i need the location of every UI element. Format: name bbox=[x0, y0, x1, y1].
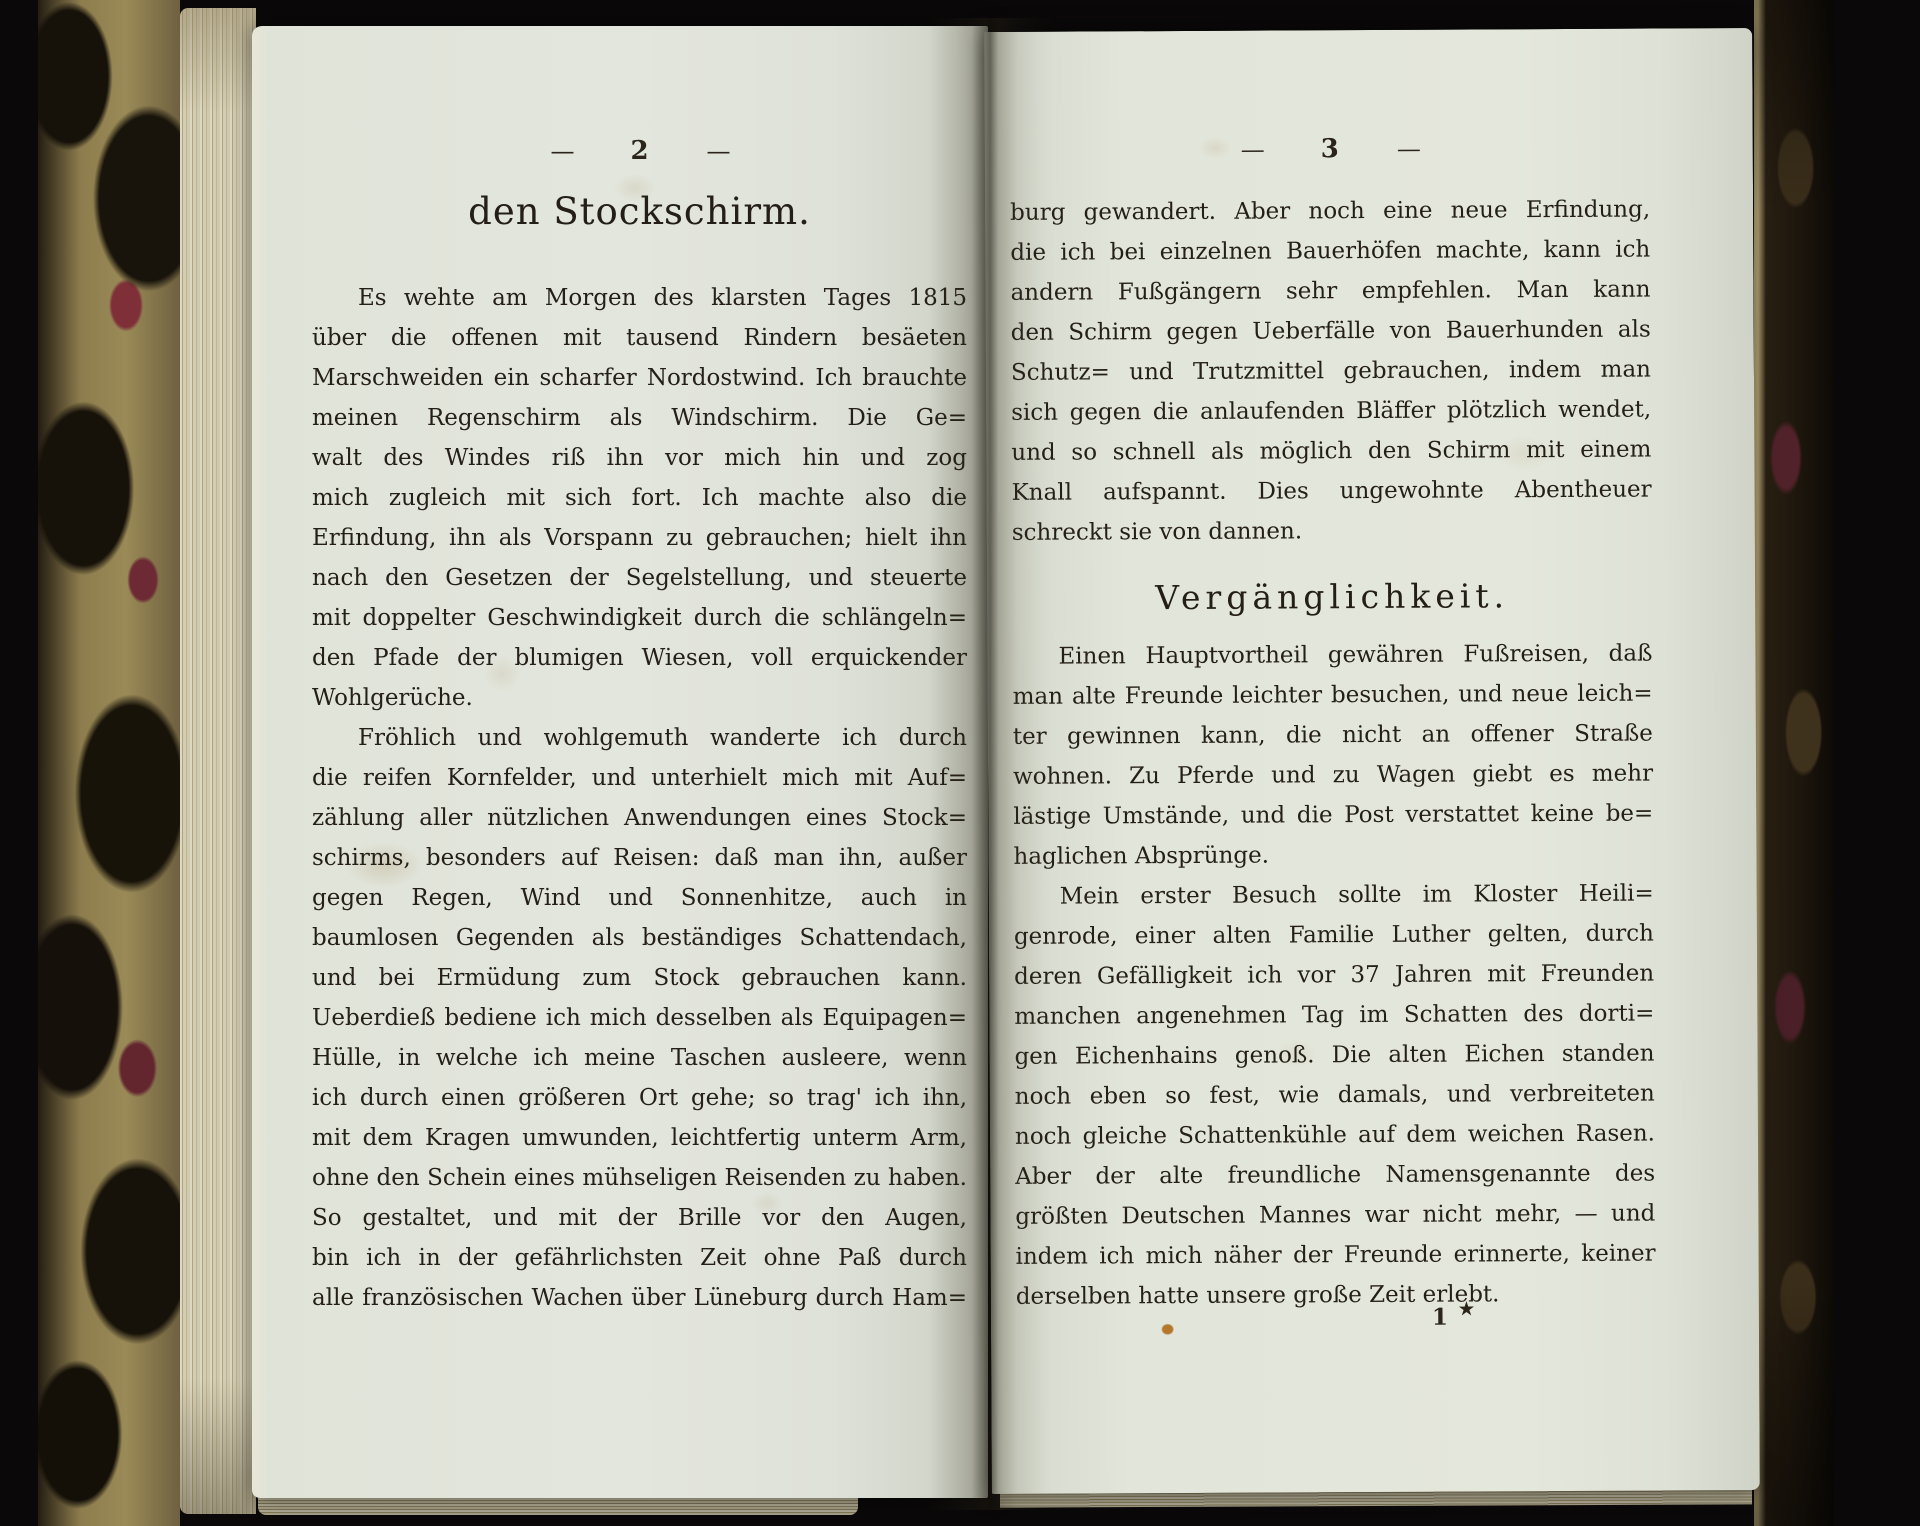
text-line: noch gleiche Schattenkühle auf dem weich… bbox=[1015, 1114, 1655, 1157]
page-number-right: 3 bbox=[1321, 134, 1339, 164]
text-line: ich durch einen größeren Ort gehe; so tr… bbox=[312, 1078, 967, 1118]
text-line: deren Gefälligkeit ich vor 37 Jahren mit… bbox=[1014, 954, 1654, 997]
text-line: den Schirm gegen Ueberfälle von Bauerhun… bbox=[1011, 310, 1651, 353]
text-line: indem ich mich näher der Freunde erinner… bbox=[1015, 1234, 1655, 1277]
text-line: alle französischen Wachen über Lüneburg … bbox=[312, 1278, 967, 1318]
text-line: und bei Ermüdung zum Stock gebrauchen ka… bbox=[312, 958, 967, 998]
text-line: wohnen. Zu Pferde und zu Wagen giebt es … bbox=[1013, 754, 1653, 797]
text-line: bin ich in der gefährlichsten Zeit ohne … bbox=[312, 1238, 967, 1278]
section-heading: Vergänglichkeit. bbox=[1012, 572, 1652, 623]
text-line: Ueberdieß bediene ich mich desselben als… bbox=[312, 998, 967, 1038]
text-line: Erfindung, ihn als Vorspann zu gebrauche… bbox=[312, 518, 967, 558]
chapter-heading: den Stockschirm. bbox=[312, 190, 967, 233]
text-line: die reifen Kornfelder, und unterhielt mi… bbox=[312, 758, 967, 798]
text-line: gegen Regen, Wind und Sonnenhitze, auch … bbox=[312, 878, 967, 918]
page-edges-bottom-left bbox=[258, 1498, 858, 1515]
header-dash: — bbox=[707, 137, 729, 165]
section-text: Einen Hauptvortheil gewähren Fußreisen, … bbox=[1012, 634, 1656, 1317]
text-line: man alte Freunde leichter besuchen, und … bbox=[1013, 674, 1653, 717]
page-header-right: — 3 — bbox=[1010, 133, 1650, 166]
text-line: Es wehte am Morgen des klarsten Tages 18… bbox=[312, 278, 967, 318]
header-dash: — bbox=[550, 137, 572, 165]
header-dash: — bbox=[1241, 136, 1263, 164]
page-edges-left bbox=[180, 8, 256, 1514]
text-line: schirms, besonders auf Reisen: daß man i… bbox=[312, 838, 967, 878]
text-line: größten Deutschen Mannes war nicht mehr,… bbox=[1015, 1194, 1655, 1237]
text-line: zählung aller nützlichen Anwendungen ein… bbox=[312, 798, 967, 838]
text-line: haglichen Absprünge. bbox=[1013, 834, 1653, 877]
text-line: gen Eichenhains genoß. Die alten Eichen … bbox=[1014, 1034, 1654, 1077]
text-line: andern Fußgängern sehr empfehlen. Man ka… bbox=[1010, 270, 1650, 313]
text-line: über die offenen mit tausend Rindern bes… bbox=[312, 318, 967, 358]
text-line: und so schnell als möglich den Schirm mi… bbox=[1011, 430, 1651, 473]
text-line: Fröhlich und wohlgemuth wanderte ich dur… bbox=[312, 718, 967, 758]
continuation-text: burg gewandert. Aber noch eine neue Erfi… bbox=[1010, 190, 1652, 553]
book-photo: — 2 — den Stockschirm. Es wehte am Morge… bbox=[0, 0, 1920, 1526]
marbled-cover-right bbox=[1754, 0, 1834, 1526]
page-text-left: Es wehte am Morgen des klarsten Tages 18… bbox=[312, 278, 967, 1318]
text-line: Einen Hauptvortheil gewähren Fußreisen, … bbox=[1012, 634, 1652, 677]
text-line: die ich bei einzelnen Bauerhöfen machte,… bbox=[1010, 230, 1650, 273]
text-line: noch eben so fest, wie damals, und verbr… bbox=[1015, 1074, 1655, 1117]
text-line: manchen angenehmen Tag im Schatten des d… bbox=[1014, 994, 1654, 1037]
text-line: burg gewandert. Aber noch eine neue Erfi… bbox=[1010, 190, 1650, 233]
header-dash: — bbox=[1397, 135, 1419, 163]
text-line: Wohlgerüche. bbox=[312, 678, 967, 718]
marbled-cover-left bbox=[38, 0, 180, 1526]
signature-number: 1 bbox=[1432, 1304, 1448, 1331]
text-line: mit doppelter Geschwindigkeit durch die … bbox=[312, 598, 967, 638]
text-line: den Pfade der blumigen Wiesen, voll erqu… bbox=[312, 638, 967, 678]
text-line: mich zugleich mit sich fort. Ich machte … bbox=[312, 478, 967, 518]
text-line: Schutz= und Trutzmittel gebrauchen, inde… bbox=[1011, 350, 1651, 393]
text-line: schreckt sie von dannen. bbox=[1012, 510, 1652, 553]
star-icon: ★ bbox=[1459, 1299, 1474, 1319]
text-line: Marschweiden ein scharfer Nordostwind. I… bbox=[312, 358, 967, 398]
text-line: Mein erster Besuch sollte im Kloster Hei… bbox=[1014, 874, 1654, 917]
text-line: Knall aufspannt. Dies ungewohnte Abenthe… bbox=[1011, 470, 1651, 513]
page-text-right: burg gewandert. Aber noch eine neue Erfi… bbox=[1010, 190, 1656, 1317]
text-line: lästige Umstände, und die Post verstatte… bbox=[1013, 794, 1653, 837]
text-line: sich gegen die anlaufenden Bläffer plötz… bbox=[1011, 390, 1651, 433]
text-line: nach den Gesetzen der Segelstellung, und… bbox=[312, 558, 967, 598]
text-line: genrode, einer alten Familie Luther gelt… bbox=[1014, 914, 1654, 957]
book-page-left: — 2 — den Stockschirm. Es wehte am Morge… bbox=[252, 26, 988, 1498]
text-line: baumlosen Gegenden als beständiges Schat… bbox=[312, 918, 967, 958]
text-line: Hülle, in welche ich meine Taschen ausle… bbox=[312, 1038, 967, 1078]
text-line: derselben hatte unsere große Zeit erlebt… bbox=[1016, 1274, 1656, 1317]
text-line: walt des Windes riß ihn vor mich hin und… bbox=[312, 438, 967, 478]
text-line: meinen Regenschirm als Windschirm. Die G… bbox=[312, 398, 967, 438]
text-line: Aber der alte freundliche Namensgenannte… bbox=[1015, 1154, 1655, 1197]
book-page-right: — 3 — burg gewandert. Aber noch eine neu… bbox=[984, 28, 1760, 1494]
signature-mark: 1 ★ bbox=[1432, 1303, 1474, 1330]
page-header-left: — 2 — bbox=[312, 136, 967, 166]
page-number-left: 2 bbox=[630, 136, 648, 166]
text-line: So gestaltet, und mit der Brille vor den… bbox=[312, 1198, 967, 1238]
text-line: ohne den Schein eines mühseligen Reisend… bbox=[312, 1158, 967, 1198]
text-line: ter gewinnen kann, die nicht an offener … bbox=[1013, 714, 1653, 757]
text-line: mit dem Kragen umwunden, leichtfertig un… bbox=[312, 1118, 967, 1158]
